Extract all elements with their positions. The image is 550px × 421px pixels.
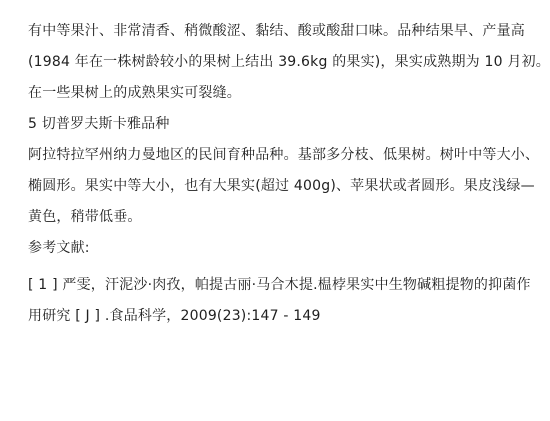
body-text-line: 阿拉特拉罕州纳力曼地区的民间育种品种。基部多分枝、低果树。树叶中等大小、 (28, 140, 550, 171)
body-text-line: 在一些果树上的成熟果实可裂缝。 (28, 78, 550, 109)
document-content: 有中等果汁、非常清香、稍微酸涩、黏结、酸或酸甜口味。品种结果早、产量高 (198… (0, 0, 550, 332)
body-text-line: 椭圆形。果实中等大小，也有大果实(超过 400g)、苹果状或者圆形。果皮浅绿— (28, 171, 550, 202)
body-text-line: (1984 年在一株树龄较小的果树上结出 39.6kg 的果实)，果实成熟期为 … (28, 47, 550, 78)
references-heading: 参考文献: (28, 233, 550, 264)
document-page: 有中等果汁、非常清香、稍微酸涩、黏结、酸或酸甜口味。品种结果早、产量高 (198… (0, 0, 550, 421)
body-text-line: 黄色，稍带低垂。 (28, 202, 550, 233)
reference-line: 用研究 [ J ] .食品科学，2009(23):147 - 149 (28, 301, 550, 332)
body-text-line: 有中等果汁、非常清香、稍微酸涩、黏结、酸或酸甜口味。品种结果早、产量高 (28, 16, 550, 47)
reference-line: [ 1 ] 严雯，汗泥沙·肉孜，帕提古丽·马合木提.榅桲果实中生物碱粗提物的抑菌… (28, 270, 550, 301)
section-heading: 5 切普罗夫斯卡雅品种 (28, 109, 550, 140)
